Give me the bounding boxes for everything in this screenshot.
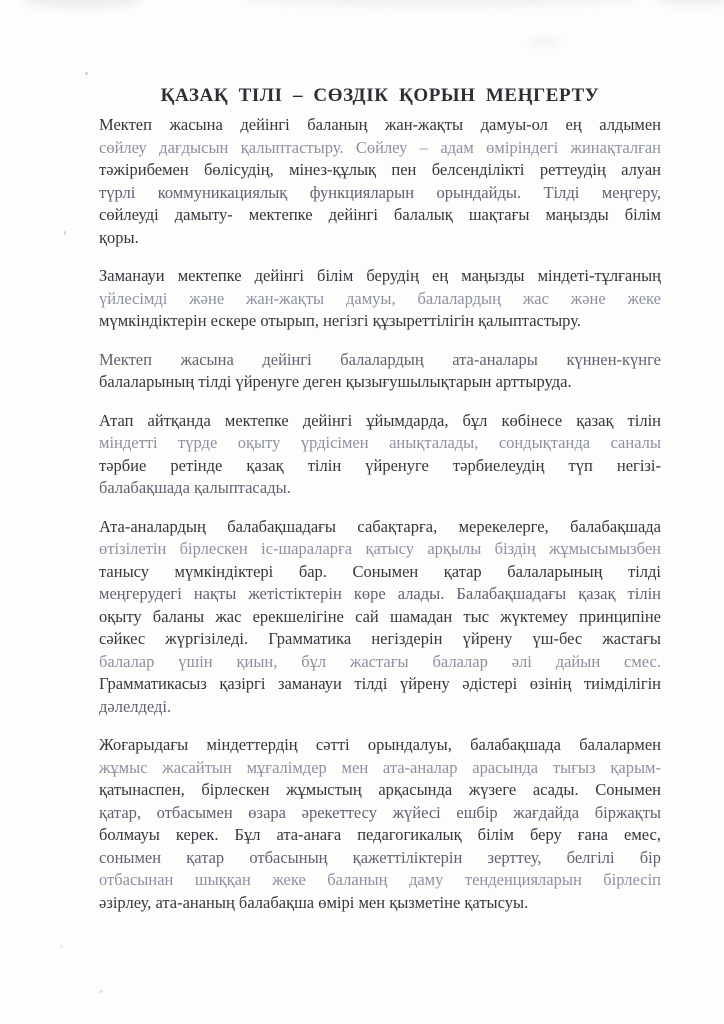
scan-smudge <box>22 0 142 8</box>
scanned-document-page: ҚАЗАҚ ТІЛІ – СӨЗДІК ҚОРЫН МЕҢГЕРТУ Мекте… <box>0 0 724 1024</box>
paragraph: Мектеп жасына дейінгі балалардың ата-ана… <box>99 349 661 394</box>
text-line: қатар, отбасымен өзара әрекеттесу жүйесі… <box>99 802 661 825</box>
scan-smudge <box>240 0 640 6</box>
text-line: оқыту баланы жас ерекшелігіне сай шамада… <box>99 606 661 629</box>
text-line: қатынаспен, бірлескен жұмыстың арқасында… <box>99 779 661 802</box>
scan-speck <box>85 72 88 75</box>
text-line: мүмкіндіктерін ескере отырып, негізгі құ… <box>99 310 661 333</box>
text-line: балалар үшін қиын, бұл жастағы балалар ә… <box>99 651 661 674</box>
text-line: Атап айтқанда мектепке дейінгі ұйымдарда… <box>99 410 661 433</box>
text-line: болмауы керек. Бұл ата-анаға педагогикал… <box>99 824 661 847</box>
paragraph: Жоғарыдағы міндеттердің сәтті орындалуы,… <box>99 734 661 914</box>
scan-speck <box>60 945 63 948</box>
scan-speck <box>99 990 103 993</box>
text-line: түрлі коммуникациялық функцияларын орынд… <box>99 182 661 205</box>
text-line: Грамматикасыз қазіргі заманауи тілді үйр… <box>99 673 661 696</box>
text-line: меңгерудегі нақты жетістіктерін көре ала… <box>99 583 661 606</box>
text-line: жұмыс жасайтын мұғалімдер мен ата-аналар… <box>99 757 661 780</box>
paragraph: Заманауи мектепке дейінгі білім берудің … <box>99 265 661 333</box>
text-line: өтізілетін бірлескен іс-шараларға қатысу… <box>99 538 661 561</box>
paragraph: Атап айтқанда мектепке дейінгі ұйымдарда… <box>99 410 661 500</box>
text-line: Мектеп жасына дейінгі баланың жан-жақты … <box>99 114 661 137</box>
text-line: сонымен қатар отбасының қажеттіліктерін … <box>99 847 661 870</box>
text-line: отбасынан шыққан жеке баланың даму тенде… <box>99 869 661 892</box>
paragraph: Мектеп жасына дейінгі баланың жан-жақты … <box>99 114 661 249</box>
text-line: Заманауи мектепке дейінгі білім берудің … <box>99 265 661 288</box>
text-line: дәлелдеді. <box>99 696 661 719</box>
text-line: Жоғарыдағы міндеттердің сәтті орындалуы,… <box>99 734 661 757</box>
text-line: тәрбие ретінде қазақ тілін үйренуге тәрб… <box>99 455 661 478</box>
text-line: тәжірибемен бөлісудің, мінез-құлық пен б… <box>99 159 661 182</box>
text-line: міндетті түрде оқыту үрдісімен анықталад… <box>99 432 661 455</box>
text-line: балабақшада қалыптасады. <box>99 477 661 500</box>
text-line: танысу мүмкіндіктері бар. Сонымен қатар … <box>99 561 661 584</box>
text-line: Мектеп жасына дейінгі балалардың ата-ана… <box>99 349 661 372</box>
text-line: сәйкес жүргізіледі. Грамматика негіздері… <box>99 628 661 651</box>
text-line: Ата-аналардың балабақшадағы сабақтарға, … <box>99 516 661 539</box>
text-line: сөйлеу дағдысын қалыптастыру. Сөйлеу – а… <box>99 137 661 160</box>
text-line: балаларының тілді үйренуге деген қызығуш… <box>99 371 661 394</box>
text-line: қоры. <box>99 227 661 250</box>
paragraph: Ата-аналардың балабақшадағы сабақтарға, … <box>99 516 661 719</box>
text-line: әзірлеу, ата-ананың балабақша өмірі мен … <box>99 892 661 915</box>
document-title: ҚАЗАҚ ТІЛІ – СӨЗДІК ҚОРЫН МЕҢГЕРТУ <box>99 85 661 107</box>
document-body: Мектеп жасына дейінгі баланың жан-жақты … <box>99 114 661 930</box>
text-line: үйлесімді және жан-жақты дамуы, балалард… <box>99 288 661 311</box>
scan-smudge <box>528 38 562 46</box>
scan-smudge <box>655 0 724 6</box>
scan-speck <box>64 231 66 235</box>
text-line: сөйлеуді дамыту- мектепке дейінгі балалы… <box>99 204 661 227</box>
